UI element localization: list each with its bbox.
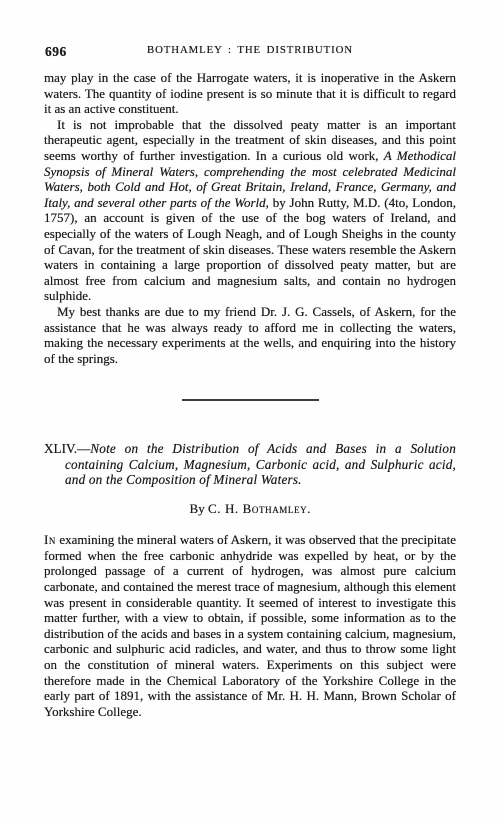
page-number: 696 (45, 44, 67, 60)
paragraph-harrogate-waters: may play in the case of the Harrogate wa… (44, 70, 456, 117)
article-divider-rule (182, 399, 319, 401)
page-content: 696 BOTHAMLEY : THE DISTRIBUTION may pla… (44, 44, 456, 719)
article-byline: By C. H. Bothamley. (44, 501, 456, 516)
paragraph-acknowledgement: My best thanks are due to my friend Dr. … (44, 304, 456, 366)
journal-page: 696 BOTHAMLEY : THE DISTRIBUTION may pla… (0, 0, 500, 825)
article-heading: XLIV.—Note on the Distribution of Acids … (44, 441, 456, 488)
paragraph-askern-examination: In examining the mineral waters of Asker… (44, 532, 456, 719)
paragraph-peaty-matter: It is not improbable that the dissolved … (44, 117, 456, 304)
page-header: 696 BOTHAMLEY : THE DISTRIBUTION (44, 44, 456, 60)
running-head: BOTHAMLEY : THE DISTRIBUTION (44, 44, 456, 56)
